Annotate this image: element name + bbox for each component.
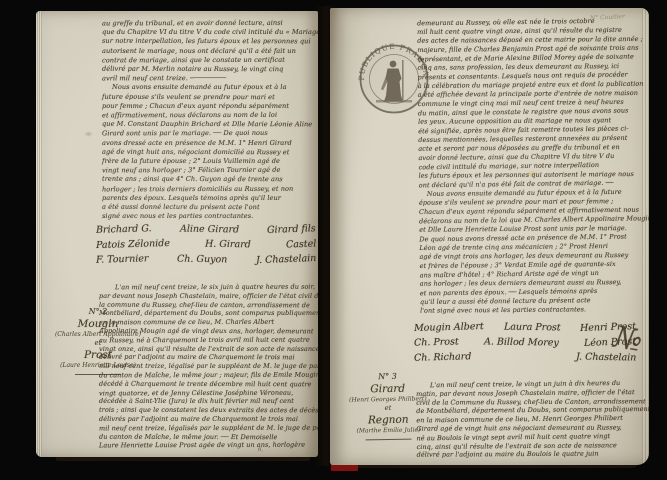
scanned-register-spread: { "palette": { "background": "#070707", … bbox=[0, 0, 667, 480]
handwritten-line: pour femme ; Chacun d'eux ayant répondu … bbox=[102, 102, 318, 111]
handwritten-line: Appolinaire Mougin agé de vingt deux ans… bbox=[99, 327, 317, 336]
signature: Laura Prost bbox=[503, 322, 560, 334]
signatures-row: Ch. ProstA. Billod MoreyLéon Prost bbox=[414, 337, 636, 348]
handwritten-line: délivrés par l'adjoint au maire de Charq… bbox=[99, 415, 317, 424]
handwritten-line: trois ; ainsi que le constatent les deux… bbox=[99, 406, 317, 415]
handwritten-line: trente ans ; ainsi que 4° Ch. Guyon agé … bbox=[102, 175, 318, 185]
handwritten-line: avril mil neuf cent treize. ───────── bbox=[102, 74, 318, 84]
handwritten-line: Nous avons ensuite demandé au futur épou… bbox=[102, 83, 318, 92]
act2-continuation-text-block: demeurant au Russey, où elle est née le … bbox=[417, 17, 648, 316]
handwritten-line: par devant nous Joseph Chastelain, maire… bbox=[99, 292, 317, 301]
handwritten-line: agé de vingt huit ans, négociant domicil… bbox=[102, 148, 318, 158]
handwritten-line: vingt quatorze, et de Jenny Célestine Jo… bbox=[99, 388, 317, 397]
handwritten-line: Laure Henriette Louise Prost agée de vin… bbox=[99, 441, 317, 450]
handwritten-line: du canton de Maîche, le même jour ; maje… bbox=[99, 371, 317, 380]
signature: Brichard G. bbox=[96, 223, 152, 236]
left-page: au greffe du tribunal, et en avoir donné… bbox=[36, 11, 318, 457]
handwritten-line: horloger ; les trois derniers domiciliés… bbox=[102, 184, 318, 194]
signature: Patois Zélonide bbox=[96, 238, 170, 251]
handwritten-line: avons dressé acte en présence de M.M. 1°… bbox=[102, 139, 318, 148]
handwritten-line: au Russey, né à Charquemont le trois avr… bbox=[99, 335, 317, 344]
page-mark: 6, bbox=[258, 447, 263, 453]
handwritten-line: décédé à Charquemont le trente décembre … bbox=[99, 379, 317, 388]
signature: Ch. Prost bbox=[414, 336, 459, 348]
handwritten-line: délivré par l'adjoint au maire du Bouloi… bbox=[417, 450, 645, 460]
signature: A. Billod Morey bbox=[484, 336, 559, 348]
act3-text-block: L'an mil neuf cent treize, le vingt un j… bbox=[416, 379, 645, 460]
handwritten-line: au greffe du tribunal, et en avoir donné… bbox=[102, 19, 318, 29]
signature: Castel bbox=[286, 238, 317, 250]
handwritten-line: signé avec nous et les parties contracta… bbox=[102, 212, 318, 221]
handwritten-line: a été affichée devant la principale port… bbox=[418, 89, 646, 100]
handwritten-line: délivré par l'adjoint au maire de Charqu… bbox=[99, 353, 317, 362]
handwritten-line: agé de vingt trois ans horloger, les deu… bbox=[419, 251, 647, 262]
paraph-flourish: № bbox=[611, 320, 645, 359]
handwritten-line: acte et seront par nous déposées au gref… bbox=[418, 143, 646, 154]
paper-stain bbox=[84, 131, 93, 137]
handwritten-line: épouse s'ils veulent se prendre pour mar… bbox=[419, 197, 647, 208]
handwritten-line: l'ont signé avec nous et les parties con… bbox=[420, 305, 648, 316]
handwritten-line: mil neuf cent treize, légalisés par le s… bbox=[99, 423, 317, 432]
signatures-row: Brichard G.Aline GirardGirard fils bbox=[96, 224, 316, 235]
signature: Mougin Albert bbox=[414, 321, 484, 334]
signatures-row: Patois ZélonideH. GirardCastel bbox=[96, 239, 316, 250]
handwritten-line: parents des époux. Lesquels témoins aprè… bbox=[102, 194, 318, 203]
act2-text-block: L'an mil neuf cent treize, le six juin à… bbox=[99, 283, 317, 450]
margin-note-rule bbox=[366, 439, 412, 441]
handwritten-line: la commune du Russey, chef-lieu de canto… bbox=[99, 300, 317, 309]
page-stack-edge bbox=[36, 11, 42, 457]
handwritten-line: Girard sont unis par le mariage. ── De q… bbox=[102, 129, 318, 139]
signatures-row: Ch. RichardJ. Chastelain bbox=[414, 352, 636, 363]
act1-text-block: au greffe du tribunal, et en avoir donné… bbox=[102, 19, 318, 221]
act1-signatures: Brichard G.Aline GirardGirard fils Patoi… bbox=[96, 224, 316, 269]
signatures-row: F. TournierCh. GuyonJ. Chastelain bbox=[96, 254, 316, 265]
signature: Aline Girard bbox=[180, 224, 239, 236]
handwritten-line: civil de la Commune du Russey, chef-lieu… bbox=[416, 397, 644, 407]
signatures-row: Mougin AlbertLaura ProstHenri Prost bbox=[414, 322, 636, 333]
signature: Ch. Guyon bbox=[177, 254, 228, 266]
signature: Ch. Richard bbox=[414, 351, 472, 364]
handwritten-line: des actes de naissances déposé en cette … bbox=[417, 35, 645, 46]
signature: H. Girard bbox=[205, 239, 251, 251]
handwritten-line: a été aussi donné lecture du présent act… bbox=[102, 203, 318, 213]
handwritten-line: L'an mil neuf cent treize, le six juin à… bbox=[99, 283, 317, 292]
handwritten-line: future épouse s'ils veulent se prendre p… bbox=[102, 92, 318, 102]
handwritten-line: sur notre interpellation, les futurs épo… bbox=[102, 37, 318, 47]
right-page: N° Couitier RÉPUBLIQUE FRANÇAISE demeura… bbox=[330, 8, 649, 465]
handwritten-line: mil neuf cent treize, légalisé par le su… bbox=[99, 362, 317, 371]
signature: F. Tournier bbox=[96, 253, 149, 265]
handwritten-line: autorisent le mariage, nous ont déclaré … bbox=[102, 47, 318, 56]
act2-signatures: Mougin AlbertLaura ProstHenri Prost Ch. … bbox=[414, 322, 636, 367]
signature: Girard fils bbox=[267, 223, 316, 236]
signature: J. Chastelain bbox=[255, 253, 316, 266]
